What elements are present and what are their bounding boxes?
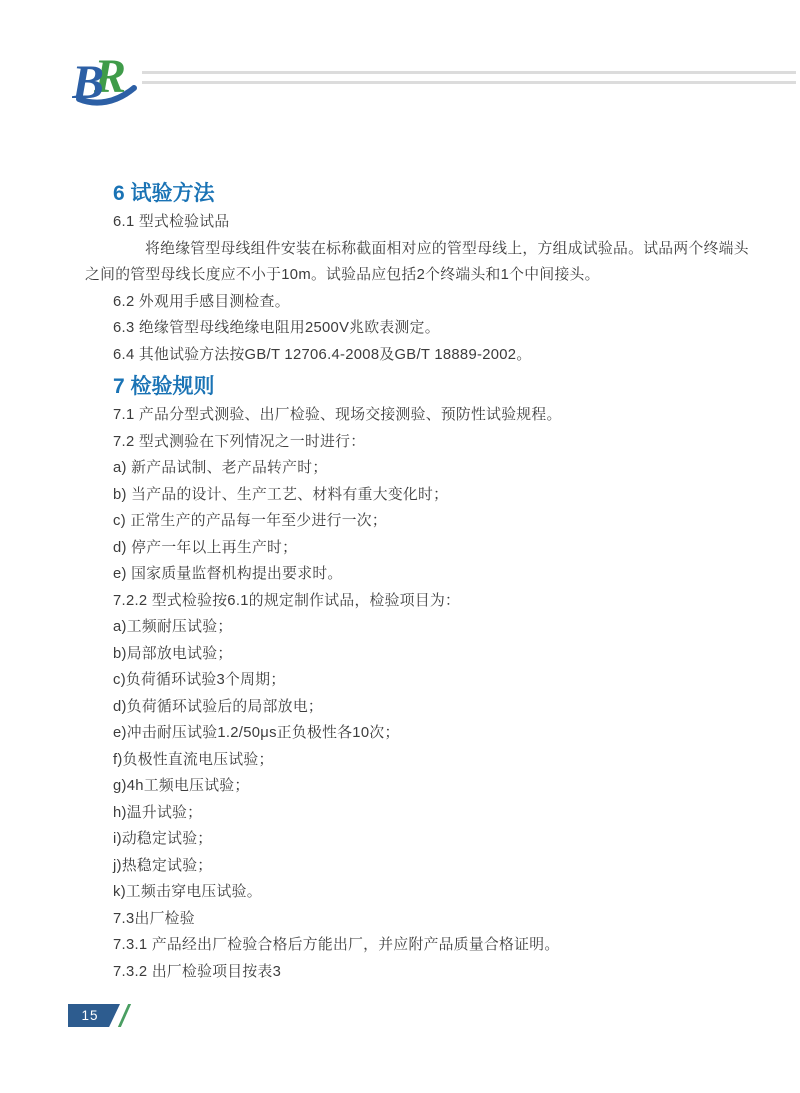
section-heading: 7 检验规则 (85, 372, 765, 402)
list-item: d) 停产一年以上再生产时； (85, 535, 765, 562)
page-number-box: 15 (68, 1004, 120, 1027)
clause-line: 6.3 绝缘管型母线绝缘电阻用2500V兆欧表测定。 (85, 315, 765, 342)
page-number: 15 (68, 1004, 112, 1027)
header-rule-top (142, 71, 796, 74)
list-item: c) 正常生产的产品每一年至少进行一次； (85, 508, 765, 535)
list-item: k)工频击穿电压试验。 (85, 879, 765, 906)
section-heading: 6 试验方法 (85, 179, 765, 209)
list-item: d)负荷循环试验后的局部放电； (85, 694, 765, 721)
clause-line: 7.2.2 型式检验按6.1的规定制作试品，检验项目为： (85, 588, 765, 615)
header-rule-bottom (142, 81, 796, 84)
list-item: c)负荷循环试验3个周期； (85, 667, 765, 694)
clause-line: 7.1 产品分型式测验、出厂检验、现场交接测验、预防性试验规程。 (85, 402, 765, 429)
clause-line: 6.2 外观用手感目测检查。 (85, 289, 765, 316)
list-item: b) 当产品的设计、生产工艺、材料有重大变化时； (85, 482, 765, 509)
clause-line: 6.1 型式检验试品 (85, 209, 765, 236)
document-page: R B 6 试验方法 6.1 型式检验试品 将绝缘管型母线组件安装在标称截面相对… (0, 0, 800, 1093)
list-item: e) 国家质量监督机构提出要求时。 (85, 561, 765, 588)
clause-line: 7.3.2 出厂检验项目按表3 (85, 959, 765, 986)
list-item: j)热稳定试验； (85, 853, 765, 880)
brand-logo: R B (72, 48, 142, 110)
list-item: h)温升试验； (85, 800, 765, 827)
list-item: f)负极性直流电压试验； (85, 747, 765, 774)
page-badge-slash-decoration (118, 1004, 131, 1027)
clause-line: 7.3出厂检验 (85, 906, 765, 933)
list-item: g)4h工频电压试验； (85, 773, 765, 800)
list-item: e)冲击耐压试验1.2/50μs正负极性各10次； (85, 720, 765, 747)
clause-line: 7.2 型式测验在下列情况之一时进行： (85, 429, 765, 456)
page-number-badge: 15 (68, 1004, 132, 1027)
clause-line: 7.3.1 产品经出厂检验合格后方能出厂，并应附产品质量合格证明。 (85, 932, 765, 959)
list-item: i)动稳定试验； (85, 826, 765, 853)
list-item: a)工频耐压试验； (85, 614, 765, 641)
document-content: 6 试验方法 6.1 型式检验试品 将绝缘管型母线组件安装在标称截面相对应的管型… (85, 179, 765, 985)
paragraph-line: 将绝缘管型母线组件安装在标称截面相对应的管型母线上，方组成试验品。试品两个终端头 (85, 236, 765, 263)
paragraph-line: 之间的管型母线长度应不小于10m。试验品应包括2个终端头和1个中间接头。 (85, 262, 765, 289)
list-item: a) 新产品试制、老产品转产时； (85, 455, 765, 482)
list-item: b)局部放电试验； (85, 641, 765, 668)
clause-line: 6.4 其他试验方法按GB/T 12706.4-2008及GB/T 18889-… (85, 342, 765, 369)
